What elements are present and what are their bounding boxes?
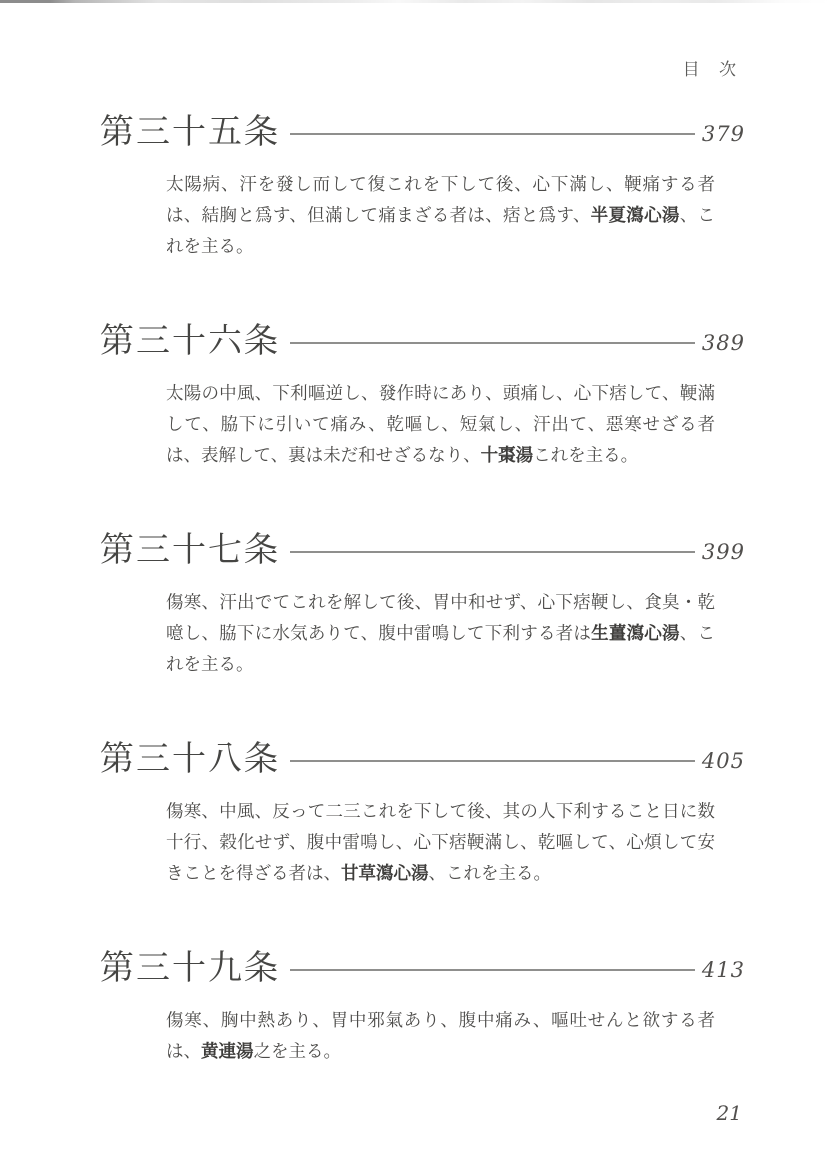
leader-line	[290, 551, 695, 553]
entry-heading-row: 第三十六条 389	[100, 319, 745, 363]
entry-body-text: 之を主る。	[254, 1042, 342, 1062]
entry-title: 第三十七条	[100, 528, 280, 572]
formula-name: 甘草瀉心湯	[341, 864, 429, 884]
entry-page-number: 413	[702, 954, 745, 982]
entry-title: 第三十八条	[100, 737, 280, 781]
entry-title: 第三十九条	[100, 946, 280, 990]
entry-title: 第三十六条	[100, 319, 280, 363]
entry-page-number: 399	[702, 536, 745, 564]
entry-page-number: 405	[702, 745, 745, 773]
entry-body: 傷寒、胸中熱あり、胃中邪氣あり、腹中痛み、嘔吐せんと欲する者は、黄連湯之を主る。	[166, 1006, 715, 1068]
toc-entry: 第三十七条 399 傷寒、汗出でてこれを解して後、胃中和せず、心下痞鞕し、食臭・…	[100, 528, 745, 681]
leader-line	[290, 760, 695, 762]
entry-body: 太陽病、汗を發し而して復これを下して後、心下滿し、鞕痛する者は、結胸と爲す、但滿…	[166, 170, 715, 263]
formula-name: 黄連湯	[201, 1042, 254, 1062]
book-page: 目 次 第三十五条 379 太陽病、汗を發し而して復これを下して後、心下滿し、鞕…	[0, 0, 830, 1174]
formula-name: 十棗湯	[481, 446, 534, 466]
toc-entry: 第三十八条 405 傷寒、中風、反って二三これを下して後、其の人下利すること日に…	[100, 737, 745, 890]
page-number: 21	[717, 1101, 742, 1125]
leader-line	[290, 969, 695, 971]
entry-heading-row: 第三十七条 399	[100, 528, 745, 572]
entry-body-text: これを主る。	[533, 446, 638, 466]
entry-heading-row: 第三十九条 413	[100, 946, 745, 990]
entry-page-number: 389	[702, 327, 745, 355]
entry-body: 傷寒、中風、反って二三これを下して後、其の人下利すること日に数十行、穀化せず、腹…	[166, 797, 715, 890]
entry-body: 太陽の中風、下利嘔逆し、發作時にあり、頭痛し、心下痞して、鞕滿して、脇下に引いて…	[166, 379, 715, 472]
toc-header: 目 次	[100, 58, 745, 82]
entry-body-text: 、これを主る。	[429, 864, 552, 884]
leader-line	[290, 342, 695, 344]
toc-entry: 第三十五条 379 太陽病、汗を發し而して復これを下して後、心下滿し、鞕痛する者…	[100, 110, 745, 263]
toc-entry: 第三十六条 389 太陽の中風、下利嘔逆し、發作時にあり、頭痛し、心下痞して、鞕…	[100, 319, 745, 472]
formula-name: 生薑瀉心湯	[591, 624, 680, 644]
entry-page-number: 379	[702, 118, 745, 146]
leader-line	[290, 133, 695, 135]
entry-heading-row: 第三十八条 405	[100, 737, 745, 781]
entry-title: 第三十五条	[100, 110, 280, 154]
entry-body: 傷寒、汗出でてこれを解して後、胃中和せず、心下痞鞕し、食臭・乾噫し、脇下に水気あ…	[166, 588, 715, 681]
entry-heading-row: 第三十五条 379	[100, 110, 745, 154]
formula-name: 半夏瀉心湯	[591, 206, 680, 226]
toc-entry: 第三十九条 413 傷寒、胸中熱あり、胃中邪氣あり、腹中痛み、嘔吐せんと欲する者…	[100, 946, 745, 1068]
scan-edge-artifact	[0, 0, 830, 3]
